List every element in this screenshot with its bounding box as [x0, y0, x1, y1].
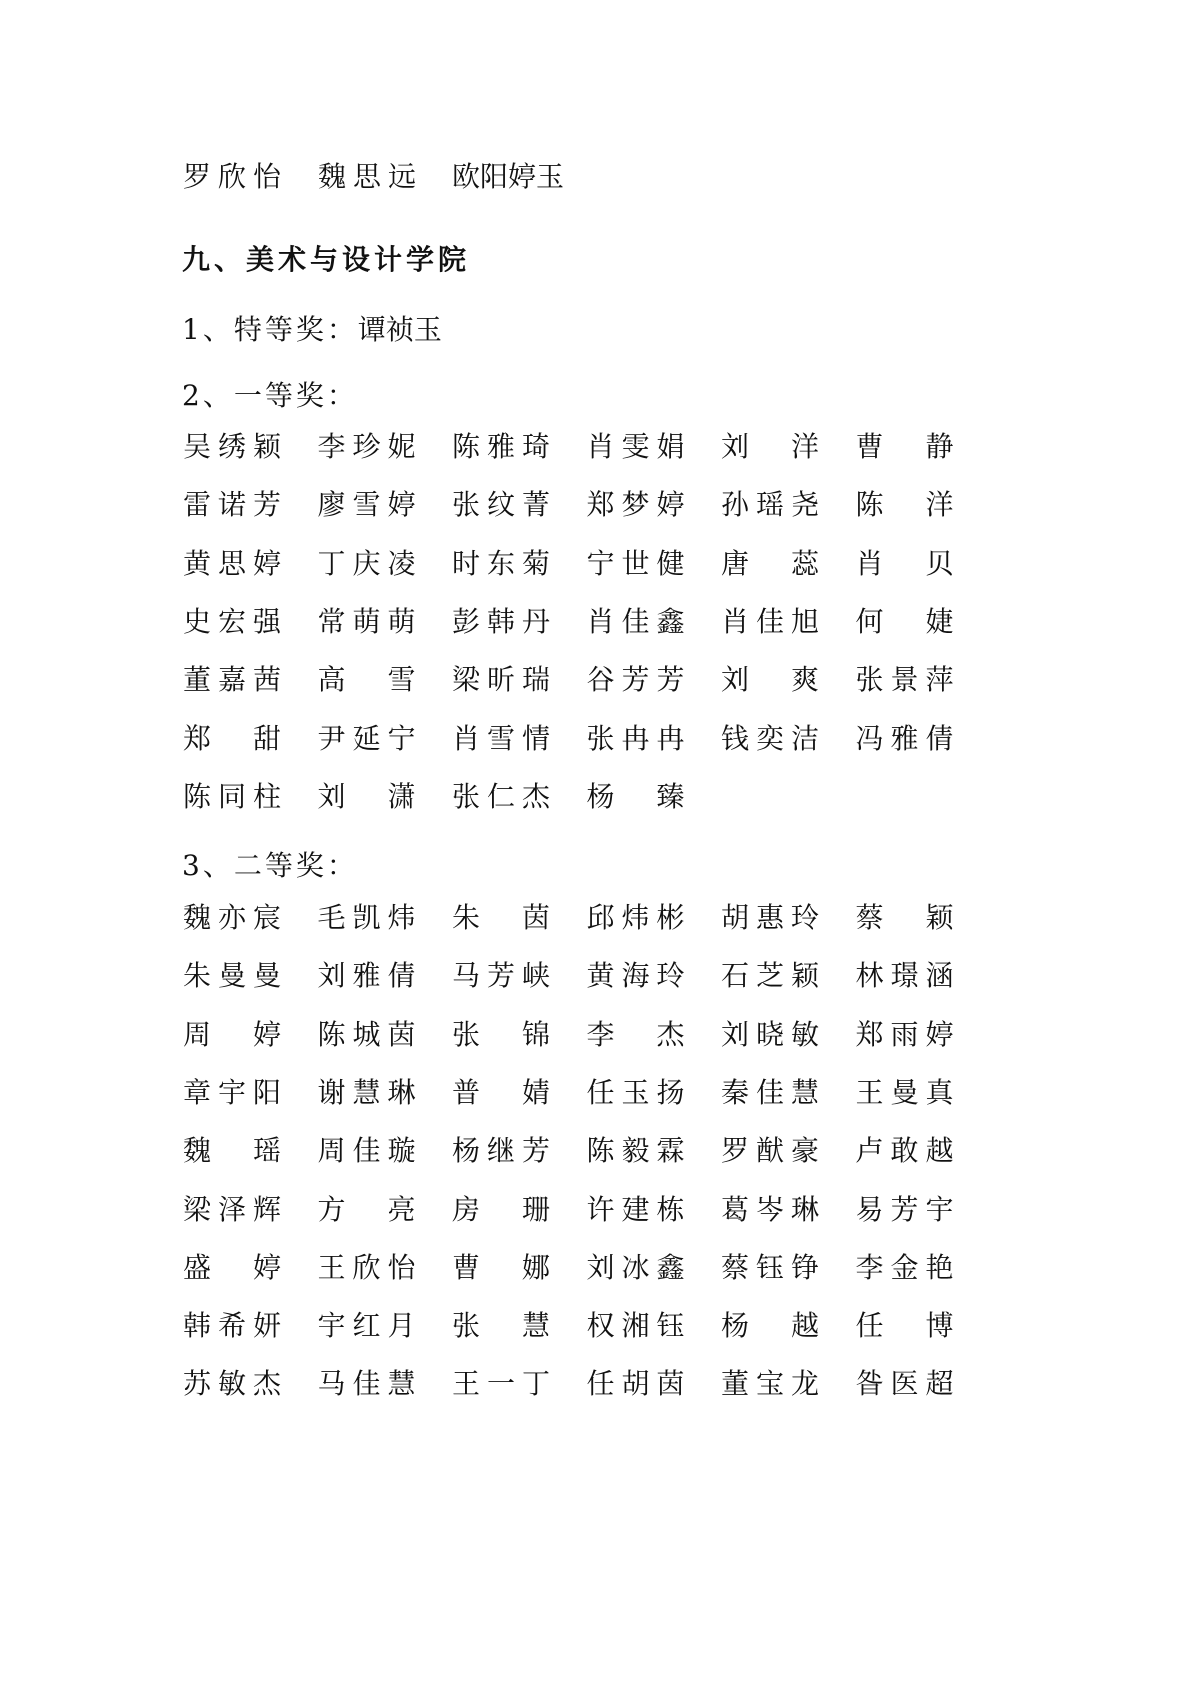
name-cell: 周佳璇: [317, 1131, 417, 1171]
name-cell: 王一丁: [451, 1364, 551, 1404]
name-cell: 章宇阳: [182, 1073, 282, 1113]
name-cell: 杨越: [720, 1306, 820, 1346]
name-cell: 魏思远: [317, 157, 417, 197]
name-cell: 方亮: [317, 1190, 417, 1230]
name-cell: 肖佳旭: [720, 602, 820, 642]
name-cell: 马佳慧: [317, 1364, 417, 1404]
name-cell: 陈城茵: [317, 1015, 417, 1055]
name-cell: 高雪: [317, 660, 417, 700]
name-cell: 刘晓敏: [720, 1015, 820, 1055]
special-prize-row: 1、特等奖：谭祯玉: [182, 310, 442, 350]
name-cell: 宇红月: [317, 1306, 417, 1346]
section-title: 九、美术与设计学院: [182, 240, 470, 280]
name-cell: 何婕: [855, 602, 955, 642]
name-cell: 林璟涵: [855, 956, 955, 996]
name-cell: 李珍妮: [317, 427, 417, 467]
name-cell: 黄思婷: [182, 544, 282, 584]
name-cell: 刘冰鑫: [586, 1248, 686, 1288]
name-cell: 郑雨婷: [855, 1015, 955, 1055]
name-cell: 盛婷: [182, 1248, 282, 1288]
name-cell: 权湘钰: [586, 1306, 686, 1346]
name-cell: 曹静: [855, 427, 955, 467]
name-cell: 肖雪情: [451, 719, 551, 759]
name-cell: 肖佳鑫: [586, 602, 686, 642]
name-cell: 雷诺芳: [182, 485, 282, 525]
name-cell: 葛岑琳: [720, 1190, 820, 1230]
name-cell: 罗欣怡: [182, 157, 282, 197]
name-cell: 魏亦宸: [182, 898, 282, 938]
name-cell: 杨臻: [586, 777, 686, 817]
name-cell: 陈毅霖: [586, 1131, 686, 1171]
name-cell: 郑甜: [182, 719, 282, 759]
name-cell: 尹延宁: [317, 719, 417, 759]
name-cell: 时东菊: [451, 544, 551, 584]
name-cell: 邱炜彬: [586, 898, 686, 938]
name-cell: 钱奕洁: [720, 719, 820, 759]
name-cell: 陈雅琦: [451, 427, 551, 467]
second-prize-label: 3、二等奖：: [182, 846, 358, 886]
name-cell: 普婧: [451, 1073, 551, 1113]
name-cell: 任博: [855, 1306, 955, 1346]
name-cell: 张冉冉: [586, 719, 686, 759]
name-cell: 卢敢越: [855, 1131, 955, 1171]
name-cell: 常萌萌: [317, 602, 417, 642]
name-cell: 谢慧琳: [317, 1073, 417, 1113]
name-cell: 王曼真: [855, 1073, 955, 1113]
name-cell: 彭韩丹: [451, 602, 551, 642]
name-cell: 周婷: [182, 1015, 282, 1055]
name-cell: 罗猷豪: [720, 1131, 820, 1171]
name-cell: 秦佳慧: [720, 1073, 820, 1113]
name-cell: 朱曼曼: [182, 956, 282, 996]
name-cell: 任胡茵: [586, 1364, 686, 1404]
name-cell: 董宝龙: [720, 1364, 820, 1404]
name-cell: 张仁杰: [451, 777, 551, 817]
name-cell: 刘爽: [720, 660, 820, 700]
special-prize-label: 1、特等奖：: [182, 313, 358, 346]
name-cell: 宁世健: [586, 544, 686, 584]
name-cell: 蔡颖: [855, 898, 955, 938]
name-cell: 唐蕊: [720, 544, 820, 584]
name-cell: 刘洋: [720, 427, 820, 467]
name-cell: 张纹菁: [451, 485, 551, 525]
name-cell: 董嘉茜: [182, 660, 282, 700]
name-cell: 丁庆凌: [317, 544, 417, 584]
name-cell: 易芳宇: [855, 1190, 955, 1230]
name-cell: 王欣怡: [317, 1248, 417, 1288]
name-cell: 梁泽辉: [182, 1190, 282, 1230]
name-cell: 陈洋: [855, 485, 955, 525]
name-cell: 李杰: [586, 1015, 686, 1055]
name-cell: 陈同柱: [182, 777, 282, 817]
name-cell: 黄海玲: [586, 956, 686, 996]
name-cell: 曹娜: [451, 1248, 551, 1288]
name-cell: 魏瑶: [182, 1131, 282, 1171]
name-cell: 房珊: [451, 1190, 551, 1230]
name-cell: 毛凯炜: [317, 898, 417, 938]
name-cell: 任玉扬: [586, 1073, 686, 1113]
name-cell: 朱茵: [451, 898, 551, 938]
special-prize-name: 谭祯玉: [358, 313, 442, 346]
name-cell: 韩希妍: [182, 1306, 282, 1346]
name-cell: 蔡钰铮: [720, 1248, 820, 1288]
name-cell: 孙瑶尧: [720, 485, 820, 525]
name-cell: 杨继芳: [451, 1131, 551, 1171]
name-cell: 李金艳: [855, 1248, 955, 1288]
name-cell: 肖雯娟: [586, 427, 686, 467]
name-cell: 许建栋: [586, 1190, 686, 1230]
name-cell: 梁昕瑞: [451, 660, 551, 700]
name-cell: 马芳峡: [451, 956, 551, 996]
name-cell: 冯雅倩: [855, 719, 955, 759]
name-cell: 谷芳芳: [586, 660, 686, 700]
name-cell: 苏敏杰: [182, 1364, 282, 1404]
first-prize-label: 2、一等奖：: [182, 376, 358, 416]
name-cell: 肖贝: [855, 544, 955, 584]
name-cell: 刘潇: [317, 777, 417, 817]
name-cell: 刘雅倩: [317, 956, 417, 996]
name-cell: 郑梦婷: [586, 485, 686, 525]
name-cell: 史宏强: [182, 602, 282, 642]
name-cell: 昝医超: [855, 1364, 955, 1404]
name-cell: 张景萍: [855, 660, 955, 700]
name-cell: 张锦: [451, 1015, 551, 1055]
name-cell: 石芝颖: [720, 956, 820, 996]
name-cell: 胡惠玲: [720, 898, 820, 938]
name-cell: 吴绣颖: [182, 427, 282, 467]
name-cell: 欧阳婷玉: [452, 157, 592, 197]
name-cell: 廖雪婷: [317, 485, 417, 525]
name-cell: 张慧: [451, 1306, 551, 1346]
